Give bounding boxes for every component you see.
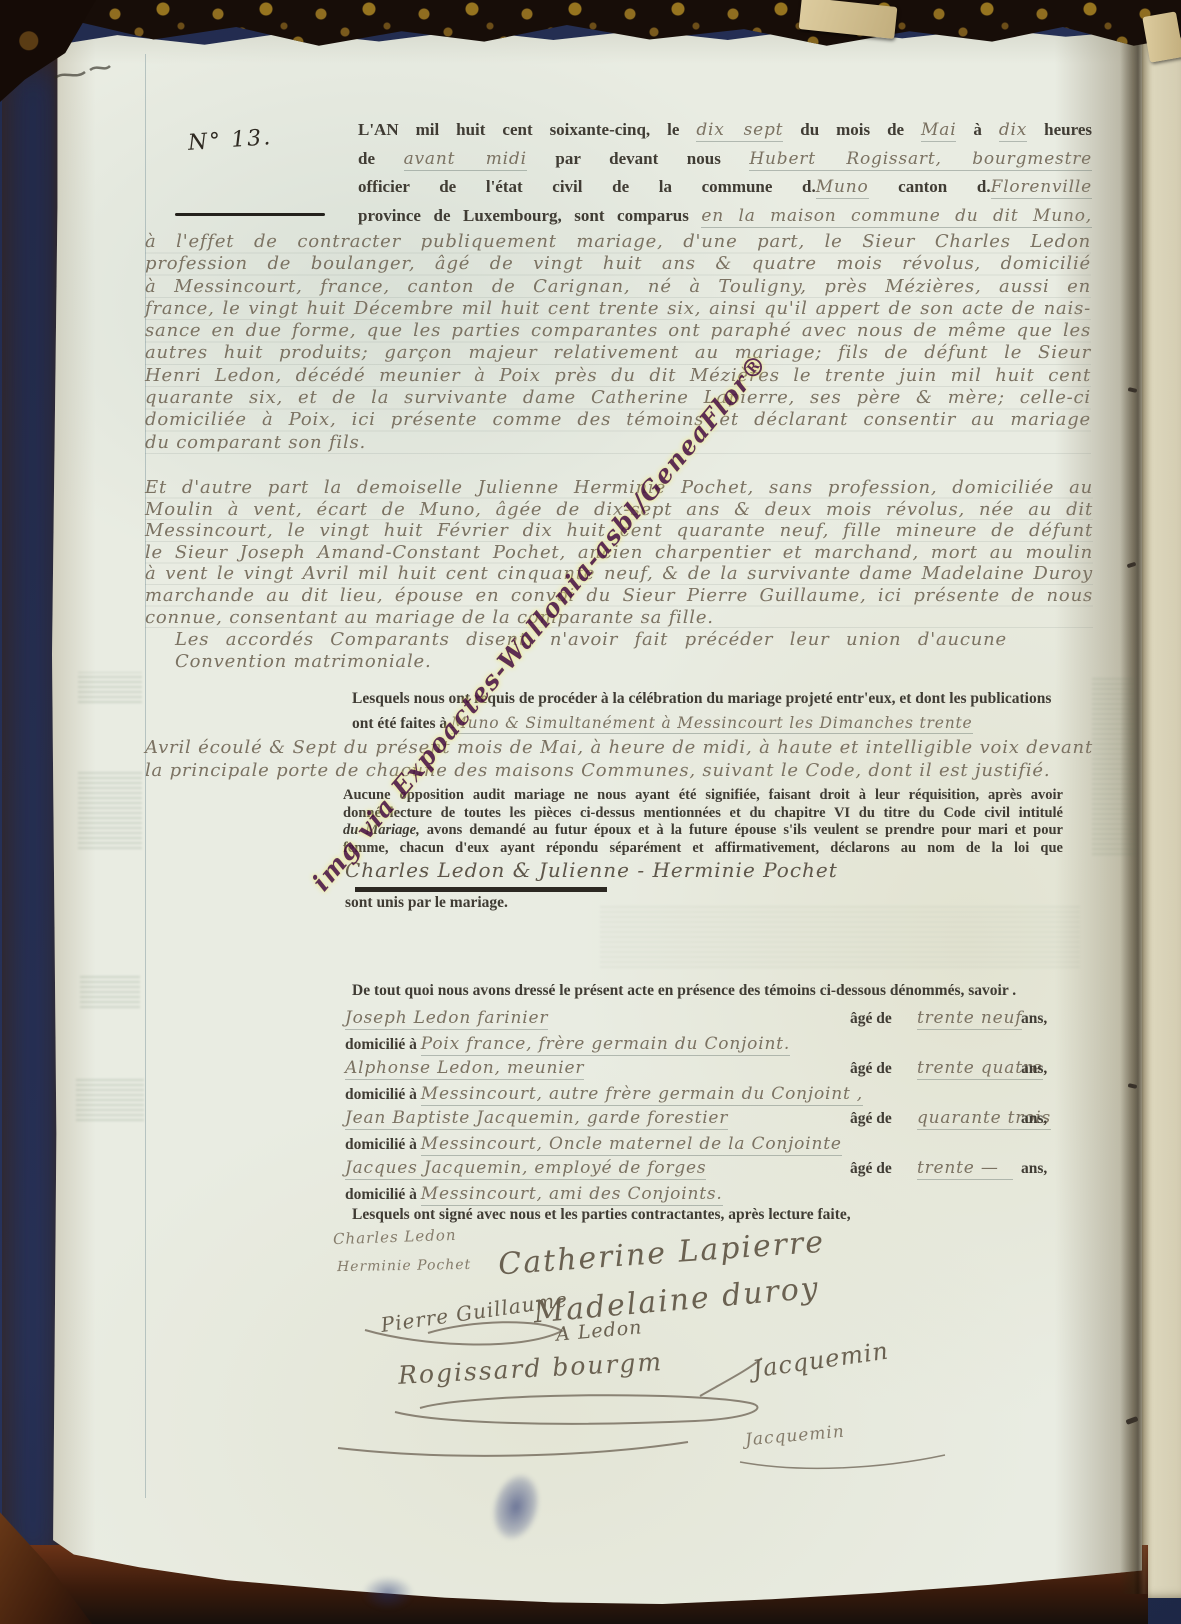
text-line: province de Luxembourg, sont comparus en… <box>358 202 1092 231</box>
bride-paragraph: Et d'autre part la demoiselle Julienne H… <box>145 477 1093 628</box>
witness-domicile-line: domicilié à Messincourt, autre frère ger… <box>345 1084 863 1104</box>
text-line: de avant midi par devant nous Hubert Rog… <box>358 145 1092 174</box>
domicile-label: domicilié à <box>345 1036 421 1053</box>
text-line: Convention matrimoniale. <box>175 651 1007 673</box>
handwritten-fill: Mai <box>921 120 956 142</box>
text-line: Aucune opposition audit mariage ne nous … <box>343 787 1063 805</box>
text-line: profession de boulanger, âgé de vingt hu… <box>145 253 1091 275</box>
text-line: domiciliée à Poix, ici présente comme de… <box>145 409 1091 431</box>
ans-label: ans, <box>1021 1160 1047 1178</box>
domicile-label: domicilié à <box>345 1136 421 1153</box>
text-line: Et d'autre part la demoiselle Julienne H… <box>145 477 1093 499</box>
handwritten-fill: dix sept <box>696 120 783 142</box>
text-line: Henri Ledon, décédé meunier à Poix près … <box>145 365 1091 387</box>
printed-text: avons demandé au futur époux et à la fut… <box>420 822 1063 838</box>
text-line: donné lecture de toutes les pièces ci-de… <box>343 805 1063 823</box>
handwritten-fill: Florenville <box>991 177 1092 199</box>
witness-name: Jacques Jacquemin, employé de forges <box>345 1158 706 1180</box>
text-line: du Mariage, avons demandé au futur époux… <box>343 822 1063 840</box>
act-number-underline <box>175 213 325 216</box>
witnesses-intro: De tout quoi nous avons dressé le présen… <box>352 982 1016 1000</box>
union-closing: sont unis par le mariage. <box>345 894 508 912</box>
spouses-names: Charles Ledon & Julienne - Herminie Poch… <box>345 858 838 882</box>
text-line: sance en due forme, que les parties comp… <box>145 320 1091 342</box>
text-line: autres huit produits; garçon majeur rela… <box>145 342 1091 364</box>
printed-text: du mois de <box>783 120 921 139</box>
ans-label: ans, <box>1021 1010 1047 1028</box>
printed-text: par devant nous <box>527 149 750 168</box>
witness-name: Jean Baptiste Jacquemin, garde forestier <box>345 1108 728 1130</box>
filled-rule <box>355 887 607 892</box>
witness-domicile: Messincourt, autre frère germain du Conj… <box>421 1084 863 1106</box>
handwritten-fill: Muno <box>816 177 869 199</box>
witness-domicile-line: domicilié à Messincourt, ami des Conjoin… <box>345 1184 723 1204</box>
age-label: âgé de <box>850 1110 892 1128</box>
text-line: la principale porte de chacune des maiso… <box>145 759 1093 782</box>
signatures-intro: Lesquels ont signé avec nous et les part… <box>352 1206 851 1224</box>
witness-age: trente — <box>917 1158 1013 1180</box>
text-line: marchande au dit lieu, épouse en convoi … <box>145 585 1093 607</box>
text-line: Avril écoulé & Sept du présent mois de M… <box>145 736 1093 759</box>
torn-paper-scrap <box>1142 11 1181 62</box>
age-label: âgé de <box>850 1060 892 1078</box>
text-line: Les accordés Comparants disent, n'avoir … <box>175 629 1007 651</box>
handwritten-fill: en la maison commune du dit Muno, <box>701 206 1092 228</box>
ink-smudge <box>362 1576 414 1610</box>
register-book-scan: N° 13. L'AN mil huit cent soixante-cinq,… <box>0 0 1181 1624</box>
witness-list: Joseph Ledon farinier âgé de trente neuf… <box>345 1008 1065 1208</box>
witness-name: Joseph Ledon farinier <box>345 1008 548 1030</box>
text-line: france, le vingt huit Décembre mil huit … <box>145 298 1091 320</box>
witness-row: Jean Baptiste Jacquemin, garde forestier… <box>345 1108 1065 1158</box>
witness-domicile-line: domicilié à Poix france, frère germain d… <box>345 1034 790 1054</box>
printed-text: heures <box>1027 120 1092 139</box>
witness-domicile: Poix france, frère germain du Conjoint. <box>421 1034 790 1056</box>
witness-row: Alphonse Ledon, meunier âgé de trente qu… <box>345 1058 1065 1108</box>
witness-domicile: Messincourt, ami des Conjoints. <box>421 1184 723 1206</box>
witness-age: trente neuf <box>917 1008 1022 1030</box>
handwritten-fill: Hubert Rogissart, bourgmestre <box>749 149 1092 171</box>
ans-label: ans, <box>1021 1110 1047 1128</box>
printed-text: canton d. <box>869 177 991 196</box>
convention-note: Les accordés Comparants disent, n'avoir … <box>175 629 1007 673</box>
printed-text: province de Luxembourg, sont comparus <box>358 206 701 225</box>
witness-name: Alphonse Ledon, meunier <box>345 1058 584 1080</box>
text-line: officier de l'état civil de la commune d… <box>358 173 1092 202</box>
text-line: à vent le vingt Avril mil huit cent cinq… <box>145 563 1093 585</box>
act-header: L'AN mil huit cent soixante-cinq, le dix… <box>358 116 1092 230</box>
printed-text: L'AN mil huit cent soixante-cinq, le <box>358 120 696 139</box>
handwritten-fill: dix <box>999 120 1027 142</box>
text-line: à l'effet de contracter publiquement mar… <box>145 231 1091 253</box>
declaration-paragraph: Aucune opposition audit mariage ne nous … <box>343 787 1063 857</box>
domicile-label: domicilié à <box>345 1186 421 1203</box>
ink-bleedthrough <box>76 1078 144 1124</box>
text-line: femme, chacun d'eux ayant répondu séparé… <box>343 840 1063 858</box>
signature-herminie-pochet: Herminie Pochet <box>337 1257 471 1275</box>
ink-bleedthrough <box>80 975 140 1011</box>
witness-row: Joseph Ledon farinier âgé de trente neuf… <box>345 1008 1065 1058</box>
handwritten-fill: avant midi <box>404 149 527 171</box>
printed-text: officier de l'état civil de la commune d… <box>358 177 816 196</box>
ink-bleedthrough <box>78 672 142 706</box>
domicile-label: domicilié à <box>345 1086 421 1103</box>
text-line: du comparant son fils. <box>145 432 1091 454</box>
witness-domicile: Messincourt, Oncle maternel de la Conjoi… <box>421 1134 842 1156</box>
printed-text: de <box>358 149 404 168</box>
handwritten-fill: Muno & Simultanément à Messincourt les D… <box>451 714 973 734</box>
ans-label: ans, <box>1021 1060 1047 1078</box>
text-line: quarante six, et de la survivante dame C… <box>145 387 1091 409</box>
ink-bleedthrough <box>1092 678 1136 858</box>
age-label: âgé de <box>850 1160 892 1178</box>
witness-row: Jacques Jacquemin, employé de forges âgé… <box>345 1158 1065 1208</box>
witness-domicile-line: domicilié à Messincourt, Oncle maternel … <box>345 1134 842 1154</box>
age-label: âgé de <box>850 1010 892 1028</box>
text-line: L'AN mil huit cent soixante-cinq, le dix… <box>358 116 1092 145</box>
ink-bleedthrough <box>600 905 1080 971</box>
ink-bleedthrough <box>78 772 142 852</box>
text-line: connue, consentant au mariage de la comp… <box>145 607 1093 629</box>
publications-handwritten: Avril écoulé & Sept du présent mois de M… <box>145 736 1093 782</box>
groom-paragraph: à l'effet de contracter publiquement mar… <box>145 231 1091 454</box>
text-line: à Messincourt, france, canton de Carigna… <box>145 276 1091 298</box>
printed-text: à <box>956 120 998 139</box>
